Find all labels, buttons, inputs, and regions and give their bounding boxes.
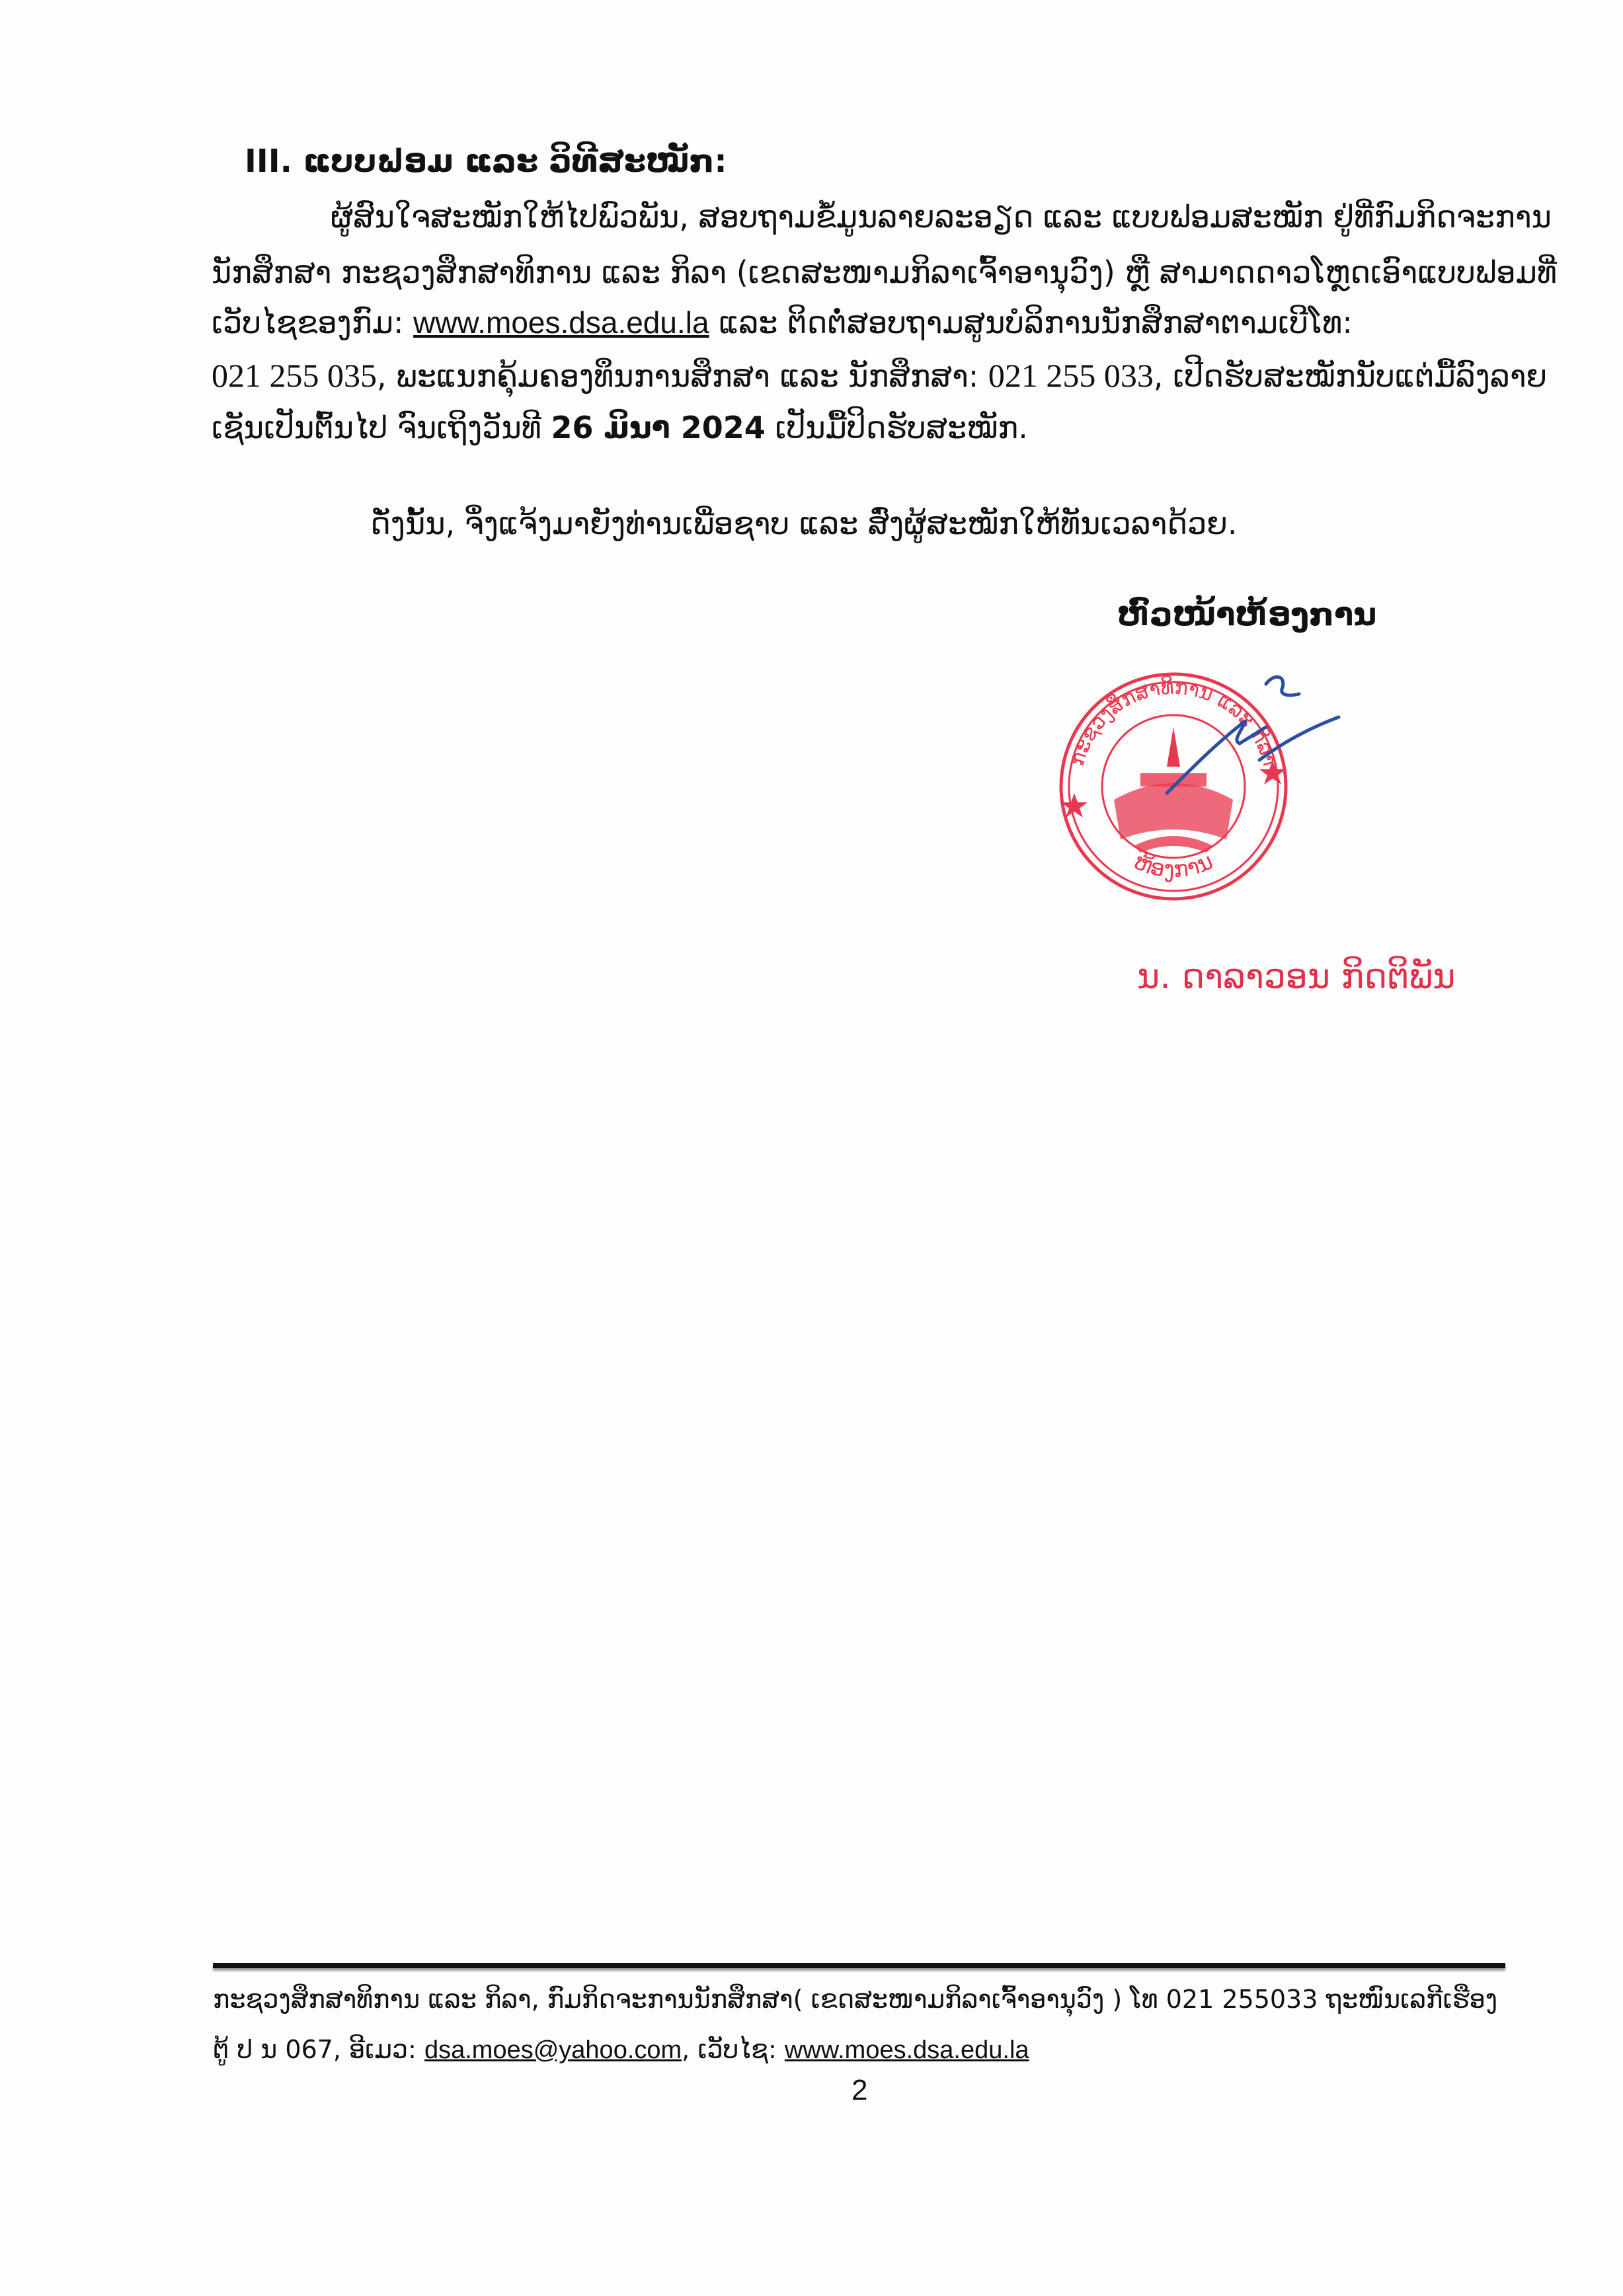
signature-title: ຫົວໜ້າຫ້ອງການ xyxy=(1117,596,1376,633)
footer-divider xyxy=(213,1963,1505,1968)
official-stamp-icon: ກະຊວງສຶກສາທິການ ແລະ ກິລາ ຫ້ອງການ xyxy=(1048,654,1352,919)
contact-text: ແລະ ຕິດຕໍ່ສອບຖາມສູນບໍລິການນັກສຶກສາຕາມເບີ… xyxy=(709,305,1353,340)
deadline-suffix: ເປັນມື້ປິດຮັບສະໝັກ. xyxy=(766,410,1028,445)
paragraph-line-5: ເຊັນເປັນຕົ້ນໄປ ຈົນເຖິງວັນທີ 26 ມິນາ 2024… xyxy=(212,406,1028,449)
paragraph-line-3: ເວັບໄຊຂອງກົມ: www.moes.dsa.edu.la ແລະ ຕິ… xyxy=(212,301,1353,344)
paragraph-line-4: 021 255 035, ພະແນກຄຸ້ມຄອງທຶນການສຶກສາ ແລະ… xyxy=(212,354,1547,397)
document-page: III. ແບບຟອມ ແລະ ວິທີສະໝັກ: ຜູ້ສົນໃຈສະໝັກ… xyxy=(0,0,1623,2296)
footer-contact-line: ຕູ້ ປ ນ 067, ອີເມວ: dsa.moes@yahoo.com, … xyxy=(213,2033,1029,2067)
phone-number-2: 021 255 033 xyxy=(988,357,1154,394)
phone-number-1: 021 255 035 xyxy=(212,357,377,394)
deadline-date: 26 ມິນາ 2024 xyxy=(551,410,766,445)
footer-website-label: , ເວັບໄຊ: xyxy=(682,2035,785,2064)
website-label: ເວັບໄຊຂອງກົມ: xyxy=(212,305,413,340)
department-text: , ພະແນກຄຸ້ມຄອງທຶນການສຶກສາ ແລະ ນັກສຶກສາ: xyxy=(377,358,988,394)
paragraph-line-1: ຜູ້ສົນໃຈສະໝັກໃຫ້ໄປພົວພັນ, ສອບຖາມຂໍ້ມູນລາ… xyxy=(331,196,1552,238)
website-link[interactable]: www.moes.dsa.edu.la xyxy=(413,305,709,340)
footer-email-link[interactable]: dsa.moes@yahoo.com xyxy=(424,2036,682,2064)
section-heading: III. ແບບຟອມ ແລະ ວິທີສະໝັກ: xyxy=(245,140,727,182)
footer-po-box: ຕູ້ ປ ນ 067, ອີເມວ: xyxy=(213,2035,424,2064)
closing-statement: ດັ່ງນັ້ນ, ຈຶ່ງແຈ້ງມາຍັງທ່ານເພື່ອຊາບ ແລະ … xyxy=(370,502,1238,545)
footer-address-line: ກະຊວງສຶກສາທິການ ແລະ ກິລາ, ກົມກິດຈະການນັກ… xyxy=(213,1983,1497,2016)
footer-website-link[interactable]: www.moes.dsa.edu.la xyxy=(785,2036,1029,2064)
svg-text:ຫ້ອງການ: ຫ້ອງການ xyxy=(1130,848,1217,883)
paragraph-line-2: ນັກສຶກສາ ກະຊວງສຶກສາທິການ ແລະ ກິລາ (ເຂດສະ… xyxy=(212,251,1557,293)
signer-name: ນ. ດາລາວອນ ກິດຕິພັນ xyxy=(1137,957,1456,997)
opening-text: , ເປີດຮັບສະໝັກນັບແຕ່ມື້ລົງລາຍ xyxy=(1154,358,1547,394)
deadline-prefix: ເຊັນເປັນຕົ້ນໄປ ຈົນເຖິງວັນທີ xyxy=(212,410,551,445)
page-number: 2 xyxy=(851,2074,867,2107)
stamp-text-bottom: ຫ້ອງການ xyxy=(1130,848,1217,883)
